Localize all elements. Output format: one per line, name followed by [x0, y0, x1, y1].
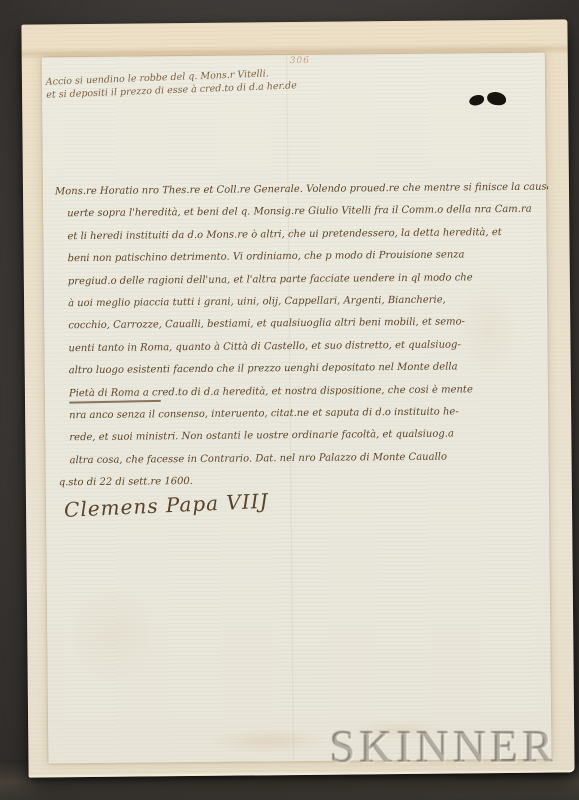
photo-backdrop: 306 Accio si uendino le robbe del q. Mon…: [0, 0, 579, 800]
letter-date-line: q.sto di 22 di sett.re 1600.: [57, 468, 551, 495]
folio-number: 306: [290, 56, 310, 66]
letter-body: Mons.re Horatio nro Thes.re et Coll.re G…: [54, 177, 551, 495]
letter-sheet: 306 Accio si uendino le robbe del q. Mon…: [21, 19, 574, 777]
